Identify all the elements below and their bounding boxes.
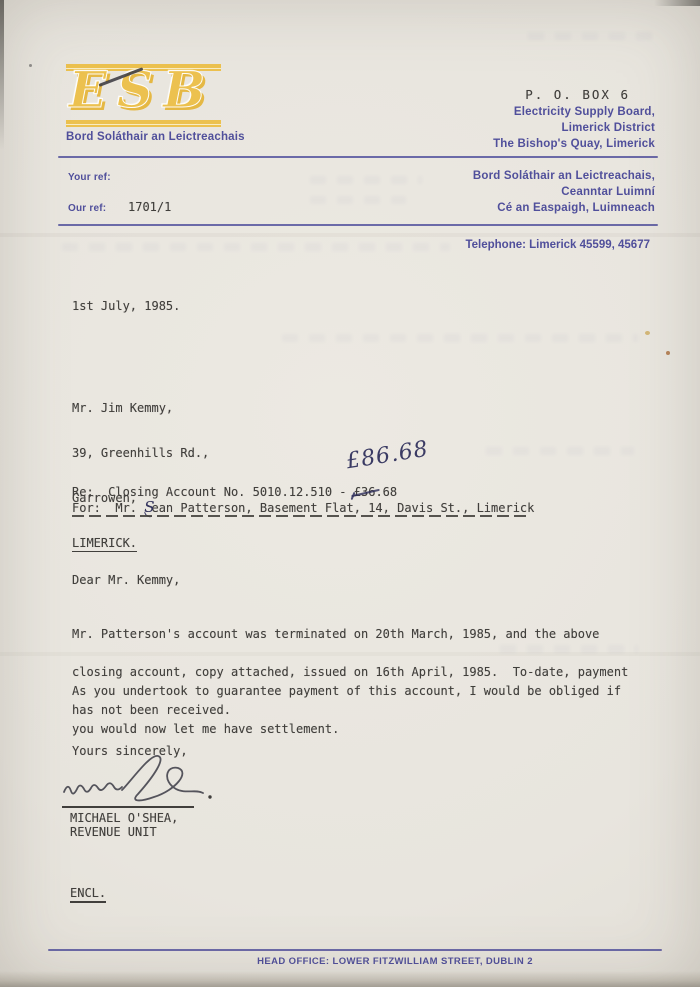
scan-edge-bottom (0, 971, 700, 987)
signatory-name: MICHAEL O'SHEA, (70, 811, 178, 826)
re-prefix: Re: Closing Account No. 5010.12.510 - (72, 485, 354, 499)
recipient-line: 39, Greenhills Rd., (72, 446, 209, 461)
letter-date: 1st July, 1985. (72, 299, 180, 314)
scanned-letter: ESB Bord Soláthair an Leictreachais P. O… (0, 0, 700, 987)
our-ref-value: 1701/1 (128, 200, 171, 215)
bleed-through-smudge (310, 196, 406, 204)
esb-logo: ESB (60, 64, 224, 116)
signature-underline (62, 806, 194, 808)
your-ref-label: Your ref: (68, 172, 111, 183)
divider-rule (58, 156, 658, 158)
recipient-line: Mr. Jim Kemmy, (72, 401, 209, 416)
re-amount-suffix: .68 (375, 485, 397, 499)
bleed-through-smudge (528, 32, 660, 40)
for-rest: ean Patterson, Basement Flat, 14, Davis … (151, 501, 534, 515)
irish-line: Bord Soláthair an Leictreachais, (473, 168, 655, 184)
footer-rule (48, 949, 662, 951)
scan-edge-top-right (654, 0, 700, 6)
signature (58, 750, 220, 808)
stain-speck (666, 351, 670, 355)
typed-period (208, 795, 211, 798)
handwritten-amount: £86.68 (345, 437, 431, 475)
re-line: Re: Closing Account No. 5010.12.510 - £3… (72, 485, 397, 500)
recipient-address: Mr. Jim Kemmy, 39, Greenhills Rd., Garro… (72, 371, 209, 581)
irish-line: Cé an Easpaigh, Luimneach (473, 200, 655, 216)
scan-edge-left (0, 0, 4, 150)
district-address: Electricity Supply Board, Limerick Distr… (493, 104, 655, 152)
irish-line: Ceanntar Luimní (473, 184, 655, 200)
po-box: P. O. BOX 6 (525, 87, 630, 102)
divider-rule (58, 224, 658, 226)
body-line: Mr. Patterson's account was terminated o… (72, 628, 628, 641)
recipient-city: LIMERICK. (72, 536, 209, 551)
struck-amount: £36 (354, 485, 376, 500)
logo-subtitle: Bord Soláthair an Leictreachais (66, 131, 245, 143)
signatory-unit: REVENUE UNIT (70, 825, 157, 840)
stain-speck (645, 331, 650, 335)
irish-address: Bord Soláthair an Leictreachais, Ceannta… (473, 168, 655, 216)
dashed-underline (72, 515, 528, 517)
salutation: Dear Mr. Kemmy, (72, 573, 180, 588)
district-line: Limerick District (493, 120, 655, 136)
fold-crease (0, 233, 700, 237)
district-line: The Bishop's Quay, Limerick (493, 136, 655, 152)
body-line: As you undertook to guarantee payment of… (72, 685, 621, 698)
body-line: you would now let me have settlement. (72, 723, 621, 736)
district-line: Electricity Supply Board, (493, 104, 655, 120)
telephone-line: Telephone: Limerick 45599, 45677 (465, 239, 650, 251)
stain-speck (29, 64, 32, 67)
handwritten-initial: S (144, 500, 151, 515)
bleed-through-smudge (486, 447, 634, 455)
logo-bottom-bar (66, 120, 221, 127)
bleed-through-smudge (310, 176, 422, 184)
for-line: For: Mr. Sean Patterson, Basement Flat, … (72, 500, 534, 516)
bleed-through-smudge (62, 243, 450, 251)
footer-address: HEAD OFFICE: LOWER FITZWILLIAM STREET, D… (100, 956, 690, 967)
for-prefix: For: Mr. (72, 501, 144, 515)
enclosure-note: ENCL. (70, 886, 106, 901)
bleed-through-smudge (282, 334, 638, 342)
our-ref-label: Our ref: (68, 203, 106, 214)
